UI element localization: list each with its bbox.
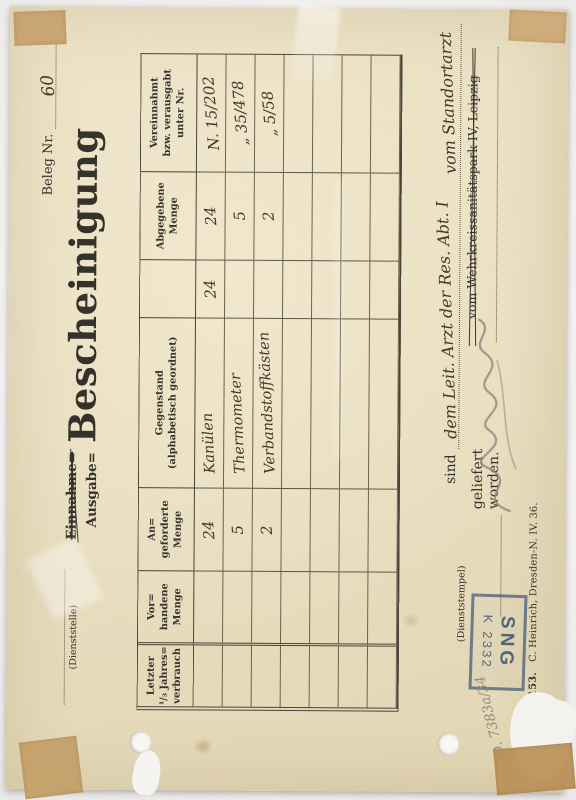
table-cell (371, 55, 401, 172)
printer-imprint: B. 153. C. Heinrich, Dresden-N. IV. 36. (528, 502, 540, 712)
col-header-vereinnahmt: Vereinnahmt bzw. verausgabt unter Nr. (141, 54, 198, 171)
sind-label: sind (443, 454, 459, 484)
table-cell (223, 642, 252, 706)
table-cell (225, 259, 254, 317)
col-header-letzter-verbrauch: Letzter ¹/₃ Jahres= verbrauch (138, 642, 194, 706)
table-cell-abgegeben-r3: 2 (254, 171, 284, 259)
table-cell (223, 570, 252, 642)
supply-table: Letzter ¹/₃ Jahres= verbrauch Vor= hande… (137, 53, 403, 712)
table-cell (283, 259, 312, 317)
table-cell (341, 172, 371, 260)
col-header-abgegebene-menge: Abgegebene Menge (140, 171, 197, 259)
table-cell-vereinnahmt-r3: „ 5/58 (255, 54, 285, 171)
table-cell (252, 570, 281, 642)
punch-hole (437, 732, 459, 754)
punch-hole (129, 731, 151, 753)
table-cell (194, 642, 223, 706)
table-cell (368, 643, 397, 707)
form-title: Einnahme= Ausgabe= Bescheinigung (60, 127, 107, 540)
table-cell-vereinnahmt-r2: „ 35/478 (226, 54, 256, 171)
table-cell-gegenstand-r3: Verbandstoffkästen (253, 317, 283, 487)
table-cell-gegenstand-r1: Kanülen (195, 317, 225, 487)
document-paper: (Dienststelle) Beleg Nr. 60 Einnahme= Au… (6, 6, 569, 792)
table-cell (339, 571, 368, 643)
table-cell (340, 318, 370, 488)
supplier-handwritten: vom Standortarzt (436, 31, 460, 174)
adhesive-tape-bottom-right (493, 743, 576, 796)
table-cell: 24 (196, 259, 225, 317)
table-cell (281, 487, 311, 570)
title-ausgabe: Ausgabe= (82, 451, 103, 539)
dienststempel-label: (Dienststempel) (456, 565, 467, 642)
table-cell (252, 642, 281, 706)
adhesive-tape-top-right (508, 10, 567, 44)
col-header-angeforderte-menge: An= geforderte Menge (138, 487, 195, 570)
paper-stain (402, 613, 420, 628)
table-cell (283, 171, 313, 259)
col-header-vorhandene-menge: Vor= handene Menge (138, 570, 194, 642)
table-cell (312, 172, 342, 260)
delivery-sentence-line1: sind dem Leit. Arzt der Res. Abt. I vom … (438, 23, 462, 483)
dienststelle-blank-line (47, 569, 66, 704)
table-cell (281, 642, 310, 706)
col-header-unlabeled (140, 259, 196, 317)
table-cell-angefordert-r1: 24 (194, 487, 224, 570)
table-cell (369, 318, 399, 488)
table-cell (313, 55, 343, 172)
title-main: Bescheinigung (60, 127, 106, 443)
table-cell-gegenstand-r2: Thermometer (224, 317, 254, 487)
table-cell-angefordert-r2: 5 (223, 487, 253, 570)
dienststelle-block: (Dienststelle) (47, 569, 80, 704)
stamp-inventory-number: K 2332 (479, 614, 495, 669)
imprint-printer-name: C. Heinrich, Dresden-N. IV. 36. (528, 502, 540, 662)
table-cell (310, 643, 339, 707)
table-cell (281, 570, 310, 642)
table-cell (370, 172, 400, 260)
signature-scrawl (454, 310, 531, 520)
struck-office-name: vom Wehrkreissanitätspark IV, Leipzig (464, 46, 481, 348)
signature-dotted-line (496, 47, 499, 342)
table-cell (341, 260, 370, 318)
beleg-number-block: Beleg Nr. 60 (38, 43, 57, 195)
table-cell (339, 643, 368, 707)
adhesive-tape-bottom-left (19, 736, 84, 800)
table-cell (312, 260, 341, 318)
table-cell-angefordert-r3: 2 (252, 487, 282, 570)
beleg-number-handwritten: 60 (39, 74, 58, 97)
photo-background: (Dienststelle) Beleg Nr. 60 Einnahme= Au… (0, 0, 576, 800)
table-cell (310, 571, 339, 643)
title-prefix-stack: Einnahme= Ausgabe= (61, 451, 102, 539)
table-cell (310, 488, 340, 571)
document-content: (Dienststelle) Beleg Nr. 60 Einnahme= Au… (6, 7, 568, 792)
table-cell (339, 488, 369, 571)
col-header-gegenstand: Gegenstand (alphabetisch geordnet) (139, 317, 196, 487)
table-cell (284, 54, 314, 171)
adhesive-tape-top-left (13, 10, 66, 46)
beleg-label: Beleg Nr. (41, 133, 56, 195)
title-einnahme-struck: Einnahme= (61, 451, 82, 539)
paper-stain (193, 738, 213, 755)
table-cell (282, 317, 312, 487)
table-cell (368, 571, 397, 643)
table-cell (370, 260, 399, 318)
paper-tear (130, 748, 164, 797)
table-cell-abgegeben-r1: 24 (196, 171, 226, 259)
table-cell (194, 570, 223, 642)
table-cell-vereinnahmt-r1: N. 15/202 (197, 54, 227, 171)
table-cell (311, 318, 341, 488)
table-cell (254, 259, 283, 317)
stamp-gallery-code: SNG (496, 615, 517, 669)
dienststelle-label: (Dienststelle) (65, 569, 80, 704)
table-cell (342, 55, 372, 172)
table-cell (368, 488, 398, 571)
table-cell-abgegeben-r2: 5 (225, 171, 255, 259)
beleg-blank-line: 60 (38, 43, 57, 128)
